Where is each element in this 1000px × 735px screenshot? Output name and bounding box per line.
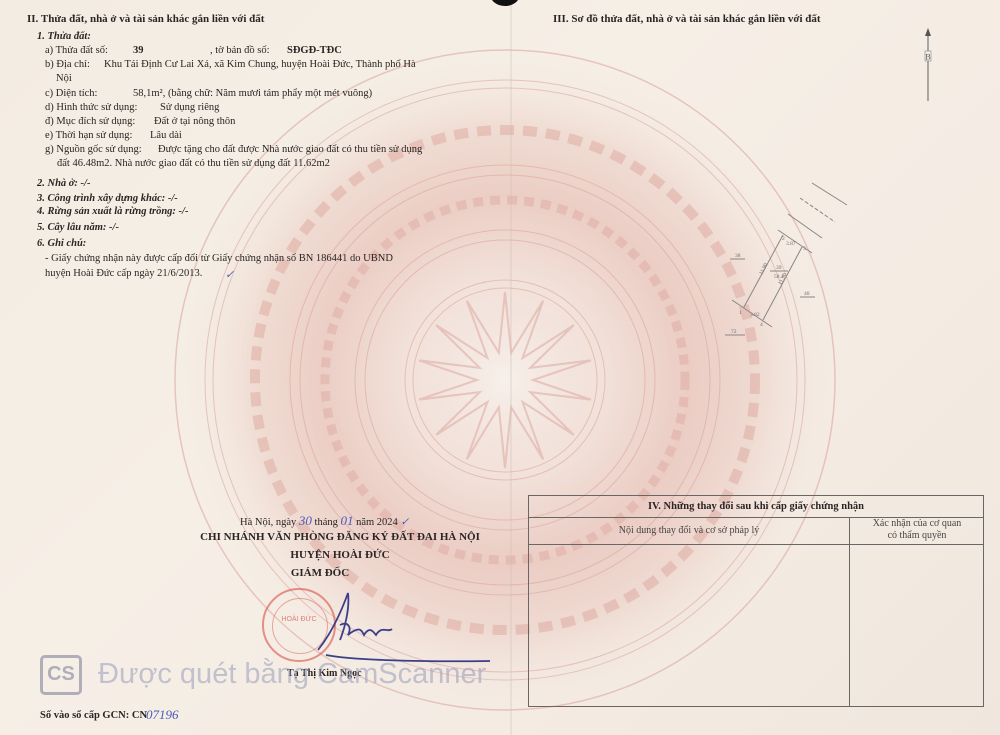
authority-header-line2: có thẩm quyền <box>850 530 984 542</box>
origin-label: g) Nguồn gốc sử dụng: <box>45 144 142 155</box>
svg-text:40: 40 <box>804 291 810 297</box>
address-label: b) Địa chỉ: <box>45 59 90 70</box>
registry-label: Số vào sổ cấp GCN: CN <box>40 710 147 721</box>
usage-purpose-value: Đất ở tại nông thôn <box>154 116 235 127</box>
forest-item: 4. Rừng sản xuất là rừng trồng: -/- <box>37 206 188 217</box>
address-value-line2: Nội <box>56 73 72 84</box>
svg-text:2: 2 <box>782 236 785 242</box>
usage-term-label: e) Thời hạn sử dụng: <box>45 130 132 141</box>
area-value: 58,1m², (bằng chữ: Năm mươi tám phẩy một… <box>133 88 372 99</box>
svg-text:1: 1 <box>739 310 742 316</box>
svg-text:4: 4 <box>760 322 763 328</box>
usage-form-label: d) Hình thức sử dụng: <box>45 102 137 113</box>
map-sheet-label: , tờ bản đồ số: <box>210 45 270 56</box>
svg-text:3.87: 3.87 <box>786 241 796 247</box>
notes-line2: huyện Hoài Đức cấp ngày 21/6/2013. <box>45 268 202 279</box>
notes-line1: - Giấy chứng nhận này được cấp đổi từ Gi… <box>45 253 393 264</box>
area-label: c) Diện tích: <box>45 88 97 99</box>
certificate-page: II. Thửa đất, nhà ở và tài sản khác gắn … <box>0 0 1000 735</box>
date-year: năm 2024 <box>356 517 398 528</box>
other-works-item: 3. Công trình xây dựng khác: -/- <box>37 193 178 204</box>
svg-text:38: 38 <box>735 253 741 259</box>
date-month: 01 <box>340 513 353 528</box>
address-value-line1: Khu Tái Định Cư Lai Xá, xã Kim Chung, hu… <box>104 59 416 70</box>
org-line1: CHI NHÁNH VĂN PHÒNG ĐĂNG KÝ ĐẤT ĐAI HÀ N… <box>170 531 510 543</box>
date-line: Hà Nội, ngày 30 tháng 01 năm 2024 ✓ <box>240 513 409 529</box>
changes-table: IV. Những thay đổi sau khi cấp giấy chứn… <box>528 495 984 707</box>
date-month-label: tháng <box>315 517 338 528</box>
origin-value-line1: Được tặng cho đất được Nhà nước giao đất… <box>158 144 422 155</box>
column-header-change-content: Nội dung thay đổi và cơ sở pháp lý <box>529 517 849 544</box>
usage-form-value: Sử dụng riêng <box>160 102 219 113</box>
checkmark-icon: ✓ <box>400 517 409 528</box>
svg-text:11.90: 11.90 <box>758 262 769 276</box>
parcel-sketch: 38 40 72 39 58.1 3.87 3.82 2 3 1 4 11.90… <box>700 170 870 350</box>
map-sheet-value: SĐGĐ-TĐC <box>287 45 342 56</box>
usage-term-value: Lâu dài <box>150 130 182 141</box>
position-title: GIÁM ĐỐC <box>170 567 470 579</box>
section-2-title: II. Thửa đất, nhà ở và tài sản khác gắn … <box>27 13 264 25</box>
svg-text:3.82: 3.82 <box>750 312 760 318</box>
usage-purpose-label: đ) Mục đích sử dụng: <box>45 116 135 127</box>
parcel-number-value: 39 <box>133 45 144 56</box>
org-line2: HUYỆN HOÀI ĐỨC <box>170 549 510 561</box>
perennial-item: 5. Cây lâu năm: -/- <box>37 222 119 233</box>
house-item: 2. Nhà ở: -/- <box>37 178 90 189</box>
date-prefix: Hà Nội, ngày <box>240 517 296 528</box>
svg-text:72: 72 <box>731 329 737 335</box>
camscanner-watermark: Được quét bằng CamScanner <box>98 658 486 691</box>
north-arrow-icon: B <box>900 25 960 105</box>
parcel-number-label: a) Thửa đất số: <box>45 45 108 56</box>
parcel-heading: 1. Thửa đất: <box>37 31 91 42</box>
authority-header-line1: Xác nhận của cơ quan <box>850 518 984 530</box>
date-day: 30 <box>299 513 312 528</box>
origin-value-line2: đất 46.48m2. Nhà nước giao đất có thu ti… <box>57 158 330 169</box>
svg-text:3: 3 <box>803 246 806 252</box>
section-4-title: IV. Những thay đổi sau khi cấp giấy chứn… <box>529 496 983 518</box>
signature-icon <box>300 585 500 665</box>
section-3-title: III. Sơ đồ thửa đất, nhà ở và tài sản kh… <box>553 13 821 25</box>
svg-text:B: B <box>925 53 930 62</box>
registry-number: 07196 <box>146 707 179 723</box>
checkmark-icon: ✓ <box>225 268 234 281</box>
column-divider <box>849 517 850 707</box>
punch-hole <box>490 0 520 6</box>
notes-heading: 6. Ghi chú: <box>37 238 86 249</box>
column-header-authority-confirmation: Xác nhận của cơ quan có thẩm quyền <box>850 518 984 542</box>
svg-text:39: 39 <box>776 265 782 271</box>
camscanner-logo-icon: CS <box>40 655 82 695</box>
